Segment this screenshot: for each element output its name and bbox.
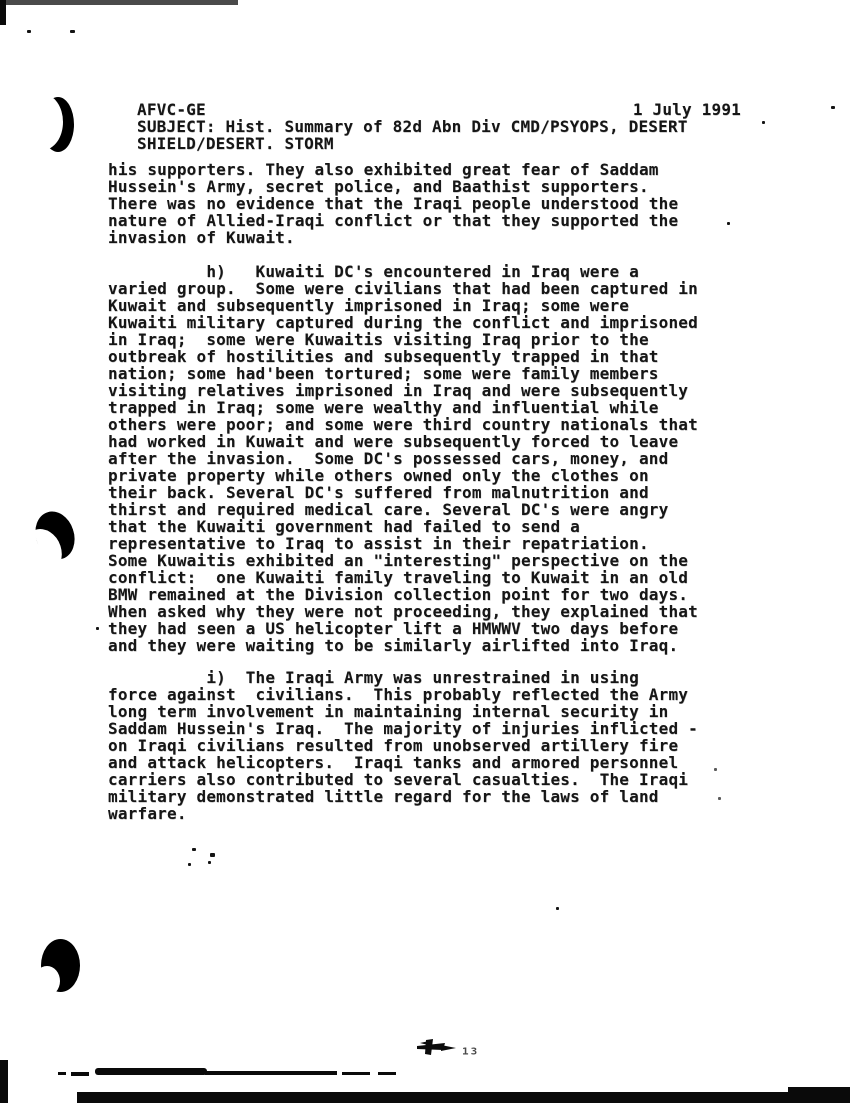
subject-line-2: SHIELD/DESERT. STORM	[137, 135, 334, 152]
scan-smudge-line	[58, 1072, 66, 1075]
page-number: 13	[462, 1047, 479, 1057]
document-date: 1 July 1991	[633, 101, 741, 118]
scan-edge-artifact-bottom-right	[788, 1087, 850, 1103]
scan-smudge-line	[378, 1072, 396, 1075]
page-number-mark: 13	[414, 1036, 479, 1062]
scan-edge-artifact-topleft	[0, 0, 6, 25]
binder-hole-shadow-middle	[29, 506, 80, 564]
binder-hole-shadow-bottom	[41, 939, 80, 992]
scan-speck	[96, 627, 99, 630]
scan-smudge-line	[342, 1072, 370, 1075]
scan-speck	[208, 861, 211, 864]
scan-edge-artifact-top	[0, 0, 238, 5]
scan-speck	[70, 30, 75, 33]
scan-speck	[210, 853, 215, 857]
scan-smudge-line	[71, 1072, 89, 1076]
paragraph-continuation: his supporters. They also exhibited grea…	[108, 161, 678, 246]
paragraph-h: h) Kuwaiti DC's encountered in Iraq were…	[108, 263, 698, 654]
scan-speck	[714, 768, 717, 771]
scan-speck	[192, 848, 196, 851]
scanned-document-page: AFVC-GE 1 July 1991 SUBJECT: Hist. Summa…	[0, 0, 850, 1103]
scan-smudge-line	[205, 1071, 337, 1075]
subject-line-1: SUBJECT: Hist. Summary of 82d Abn Div CM…	[137, 118, 688, 135]
scan-edge-artifact-bottom	[77, 1092, 850, 1103]
scan-smudge-line	[95, 1068, 207, 1075]
scan-speck	[762, 121, 765, 124]
scan-speck	[831, 106, 835, 109]
smudge-stamp-icon	[414, 1036, 458, 1062]
paragraph-i: i) The Iraqi Army was unrestrained in us…	[108, 669, 698, 822]
scan-speck	[188, 863, 191, 866]
scan-edge-artifact-left	[0, 1060, 8, 1103]
scan-speck	[718, 797, 721, 800]
scan-speck	[27, 30, 31, 33]
scan-speck	[727, 222, 730, 225]
office-symbol: AFVC-GE	[137, 101, 206, 118]
document-header: AFVC-GE 1 July 1991	[137, 101, 741, 118]
scan-speck	[556, 907, 559, 910]
binder-hole-shadow-top	[42, 97, 74, 152]
